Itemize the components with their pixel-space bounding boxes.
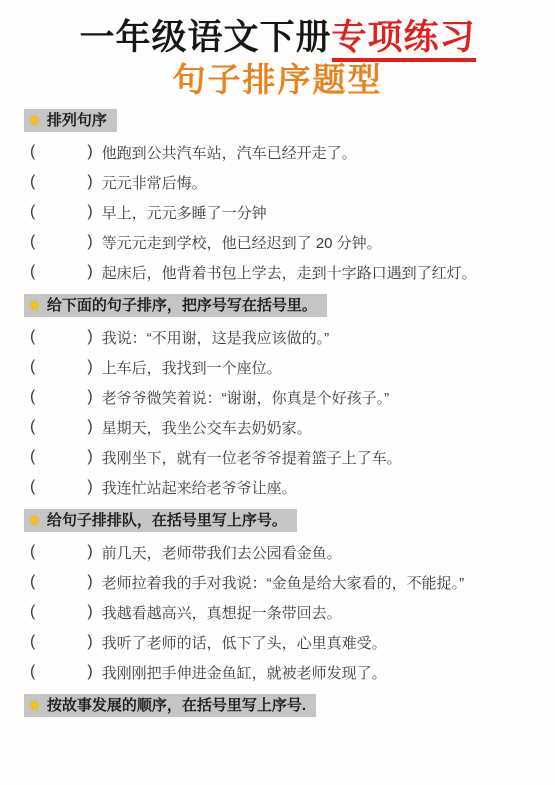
sentence-text: 老爷爷微笑着说：“谢谢，你真是个好孩子。” [102,387,390,408]
answer-paren-close: ) [87,263,92,281]
answer-paren-close: ) [87,143,92,161]
answer-paren-open: ( [30,143,35,161]
sentence-row: () 我刚坐下，就有一位老爷爷提着篮子上了车。 [24,442,531,472]
sentence-text: 我说：“不用谢，这是我应该做的。” [102,327,330,348]
section-3-header: ✺ 给句子排排队，在括号里写上序号。 [24,509,531,532]
section-heading-bar: ✺ 按故事发展的顺序，在括号里写上序号. [24,694,316,717]
sentence-row: () 早上，元元多睡了一分钟 [24,197,531,227]
sentence-text: 我刚坐下，就有一位老爷爷提着篮子上了车。 [102,447,402,468]
page-title: 一年级语文下册专项练习 [0,18,555,58]
sentence-row: () 我说：“不用谢，这是我应该做的。” [24,322,531,352]
answer-paren-close: ) [87,633,92,651]
section-2-header: ✺ 给下面的句子排序，把序号写在括号里。 [24,294,531,317]
sentence-text: 早上，元元多睡了一分钟 [102,202,267,223]
answer-paren-open: ( [30,358,35,376]
sentence-row: () 前几天，老师带我们去公园看金鱼。 [24,537,531,567]
answer-paren-open: ( [30,478,35,496]
sentence-text: 元元非常后悔。 [102,172,207,193]
section-4-header: ✺ 按故事发展的顺序，在括号里写上序号. [24,694,531,717]
title-course-text: 一年级语文下册 [79,18,331,57]
answer-paren-open: ( [30,388,35,406]
answer-paren-close: ) [87,173,92,191]
answer-paren-close: ) [87,233,92,251]
sentence-text: 起床后，他背着书包上学去，走到十字路口遇到了红灯。 [102,262,477,283]
worksheet-body: ✺ 排列句序 () 他跑到公共汽车站，汽车已经开走了。 () 元元非常后悔。 (… [0,109,555,717]
answer-paren-open: ( [30,173,35,191]
sentence-row: () 等元元走到学校，他已经迟到了 20 分钟。 [24,227,531,257]
sentence-text: 我刚刚把手伸进金鱼缸，就被老师发现了。 [102,662,387,683]
answer-paren-close: ) [87,448,92,466]
sentence-text: 我听了老师的话，低下了头，心里真难受。 [102,632,387,653]
answer-paren-close: ) [87,328,92,346]
sentence-text: 前几天，老师带我们去公园看金鱼。 [102,542,342,563]
section-heading-text: 排列句序 [47,109,107,132]
sun-icon: ✺ [29,294,40,317]
sentence-row: () 老师拉着我的手对我说：“金鱼是给大家看的，不能捉。” [24,567,531,597]
answer-paren-open: ( [30,448,35,466]
sentence-row: () 我听了老师的话，低下了头，心里真难受。 [24,627,531,657]
sentence-row: () 我刚刚把手伸进金鱼缸，就被老师发现了。 [24,657,531,687]
answer-paren-close: ) [87,573,92,591]
sentence-text: 等元元走到学校，他已经迟到了 20 分钟。 [102,232,382,253]
title-highlight-text: 专项练习 [332,18,476,62]
sentence-text: 我越看越高兴，真想捉一条带回去。 [102,602,342,623]
answer-paren-open: ( [30,263,35,281]
sun-icon: ✺ [29,509,40,532]
section-heading-text: 给下面的句子排序，把序号写在括号里。 [47,294,317,317]
section-1-header: ✺ 排列句序 [24,109,531,132]
page-subtitle: 句子排序题型 [0,61,555,99]
answer-paren-open: ( [30,203,35,221]
sentence-row: () 他跑到公共汽车站，汽车已经开走了。 [24,137,531,167]
answer-paren-open: ( [30,663,35,681]
answer-paren-close: ) [87,603,92,621]
sentence-row: () 我越看越高兴，真想捉一条带回去。 [24,597,531,627]
sentence-text: 老师拉着我的手对我说：“金鱼是给大家看的，不能捉。” [102,572,465,593]
answer-paren-close: ) [87,418,92,436]
sentence-row: () 我连忙站起来给老爷爷让座。 [24,472,531,502]
sentence-row: () 起床后，他背着书包上学去，走到十字路口遇到了红灯。 [24,257,531,287]
section-heading-text: 按故事发展的顺序，在括号里写上序号. [47,694,306,717]
sun-icon: ✺ [29,109,40,132]
section-heading-bar: ✺ 给句子排排队，在括号里写上序号。 [24,509,297,532]
sentence-row: () 上车后，我找到一个座位。 [24,352,531,382]
answer-paren-open: ( [30,603,35,621]
section-heading-bar: ✺ 给下面的句子排序，把序号写在括号里。 [24,294,327,317]
answer-paren-close: ) [87,543,92,561]
answer-paren-open: ( [30,418,35,436]
answer-paren-close: ) [87,663,92,681]
sentence-row: () 星期天，我坐公交车去奶奶家。 [24,412,531,442]
answer-paren-open: ( [30,233,35,251]
answer-paren-open: ( [30,328,35,346]
sentence-row: () 元元非常后悔。 [24,167,531,197]
answer-paren-close: ) [87,478,92,496]
answer-paren-close: ) [87,203,92,221]
answer-paren-open: ( [30,633,35,651]
answer-paren-open: ( [30,543,35,561]
section-heading-bar: ✺ 排列句序 [24,109,117,132]
sun-icon: ✺ [29,694,40,717]
sentence-text: 星期天，我坐公交车去奶奶家。 [102,417,312,438]
answer-paren-close: ) [87,358,92,376]
sentence-text: 他跑到公共汽车站，汽车已经开走了。 [102,142,357,163]
sentence-text: 上车后，我找到一个座位。 [102,357,282,378]
sentence-text: 我连忙站起来给老爷爷让座。 [102,477,297,498]
answer-paren-close: ) [87,388,92,406]
sentence-row: () 老爷爷微笑着说：“谢谢，你真是个好孩子。” [24,382,531,412]
worksheet-page: 一年级语文下册专项练习 句子排序题型 ✺ 排列句序 () 他跑到公共汽车站，汽车… [0,0,555,785]
section-heading-text: 给句子排排队，在括号里写上序号。 [47,509,287,532]
answer-paren-open: ( [30,573,35,591]
